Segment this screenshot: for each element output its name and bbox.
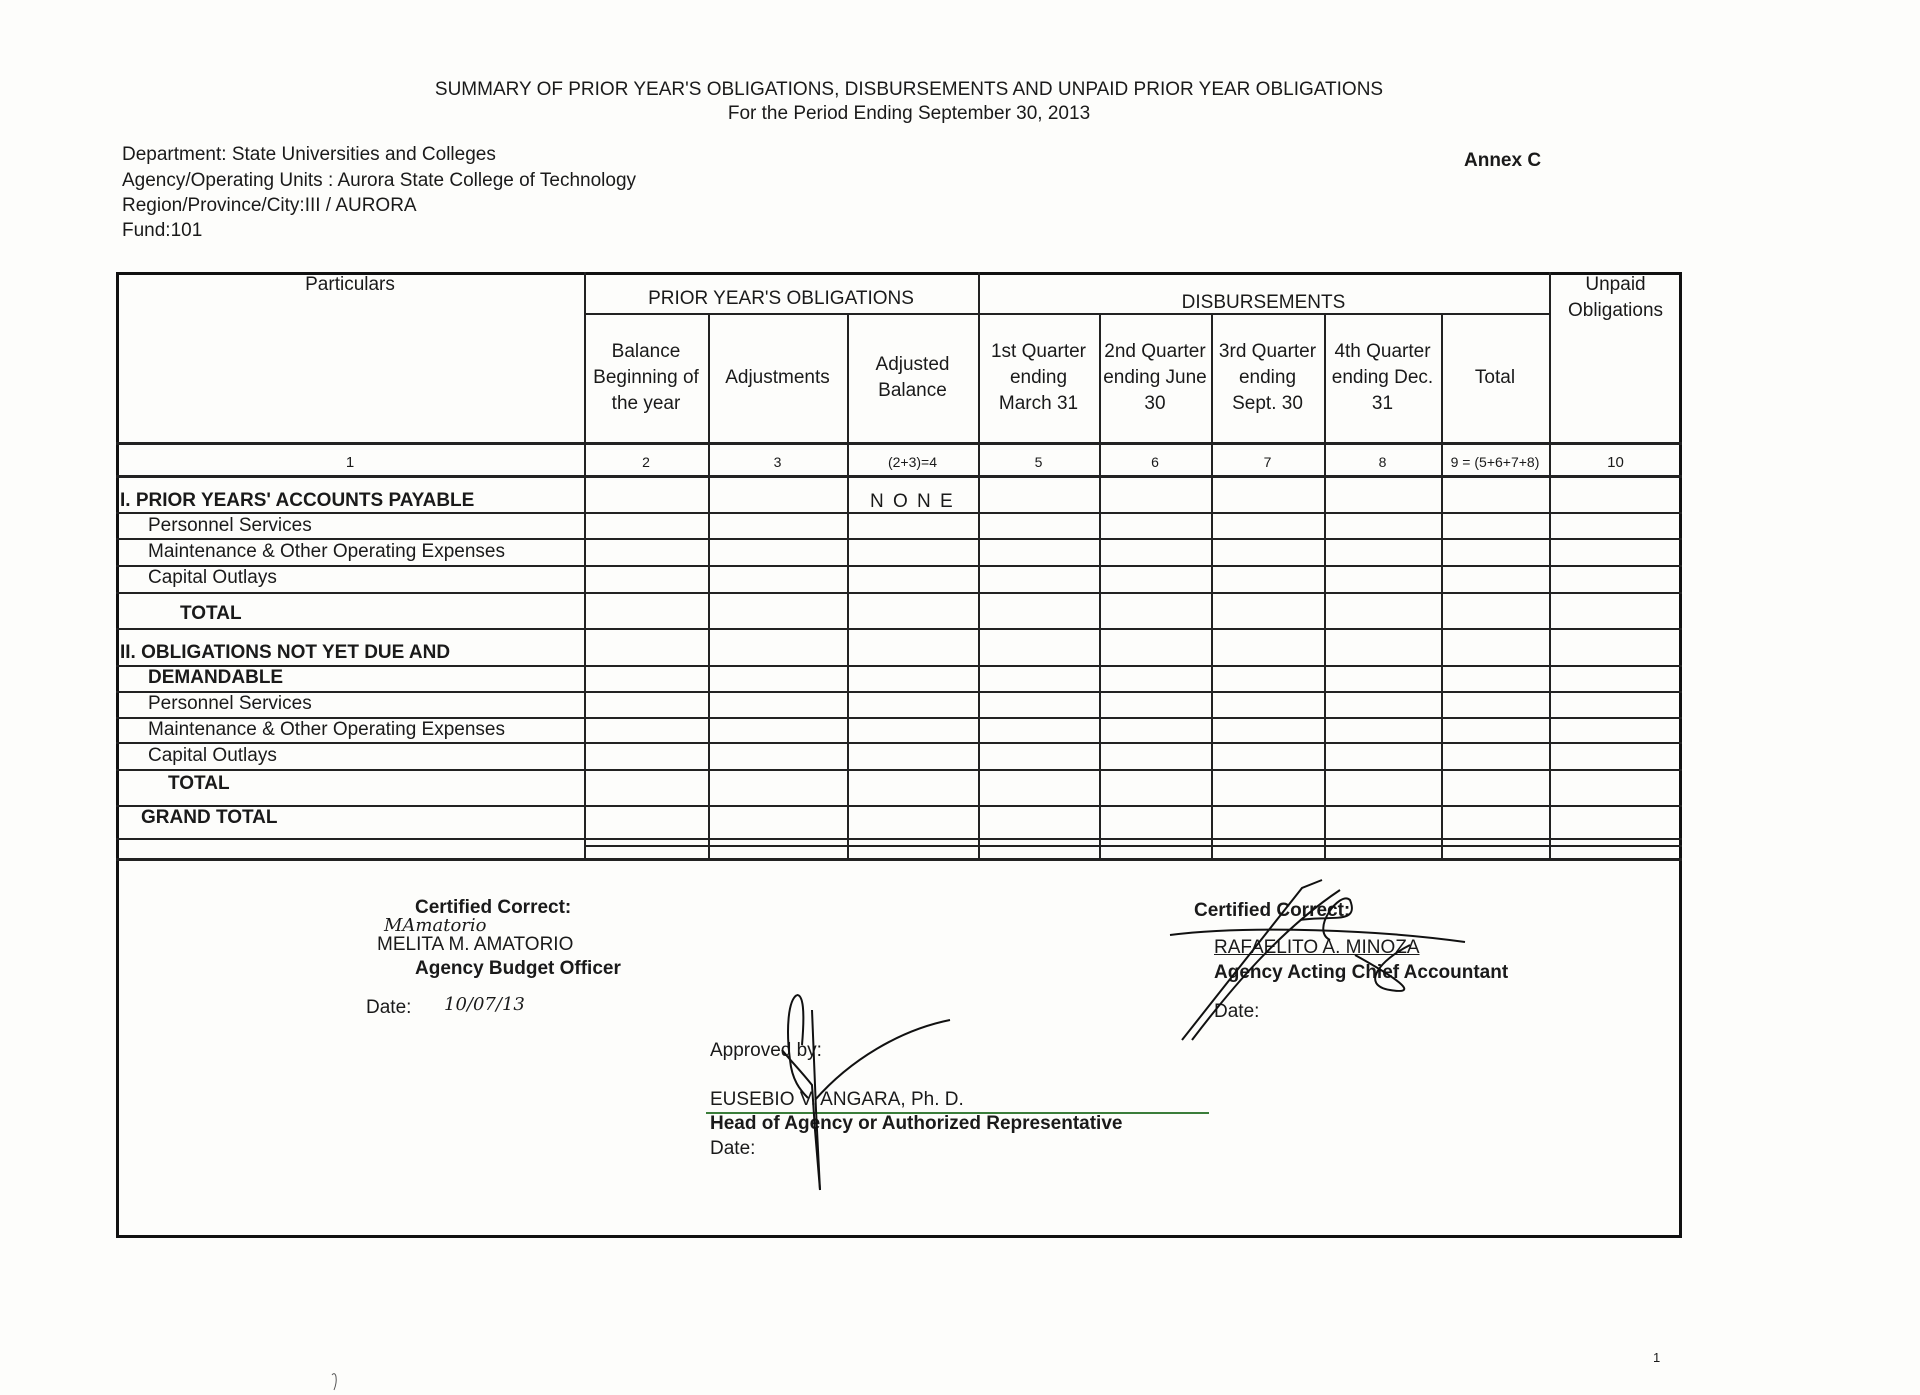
signature-strokes [0,0,1920,1395]
page-number: 1 [1653,1350,1660,1365]
